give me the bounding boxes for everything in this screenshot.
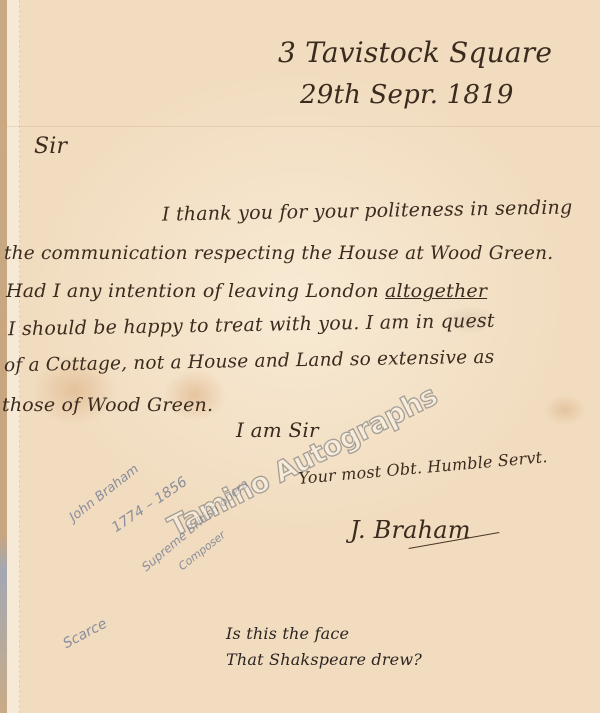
letter-page: 3 Tavistock Square 29th Sepr. 1819 Sir I… [0,0,600,713]
underlined-word: altogether [385,280,487,302]
body-line-2: the communication respecting the House a… [4,243,553,264]
body-line-3-text: Had I any intention of leaving London al… [6,280,487,302]
letter-date: 29th Sepr. 1819 [300,80,514,110]
pencil-margin-note: Scarce [60,616,109,652]
letter-address: 3 Tavistock Square [278,36,552,69]
salutation: Sir [34,134,67,159]
body-line-5: of a Cottage, not a House and Land so ex… [4,347,495,377]
quotation-line-2: That Shakspeare drew? [226,650,422,669]
body-line-4: I should be happy to treat with you. I a… [8,310,495,340]
quotation-line-1: Is this the face [226,624,349,643]
body-line-6: those of Wood Green. [2,394,213,416]
body-line-1: I thank you for your politeness in sendi… [162,196,573,225]
fold-line [0,126,600,127]
closing-iamsir: I am Sir [236,418,319,442]
body-line-3: Had I any intention of leaving London al… [6,280,487,302]
